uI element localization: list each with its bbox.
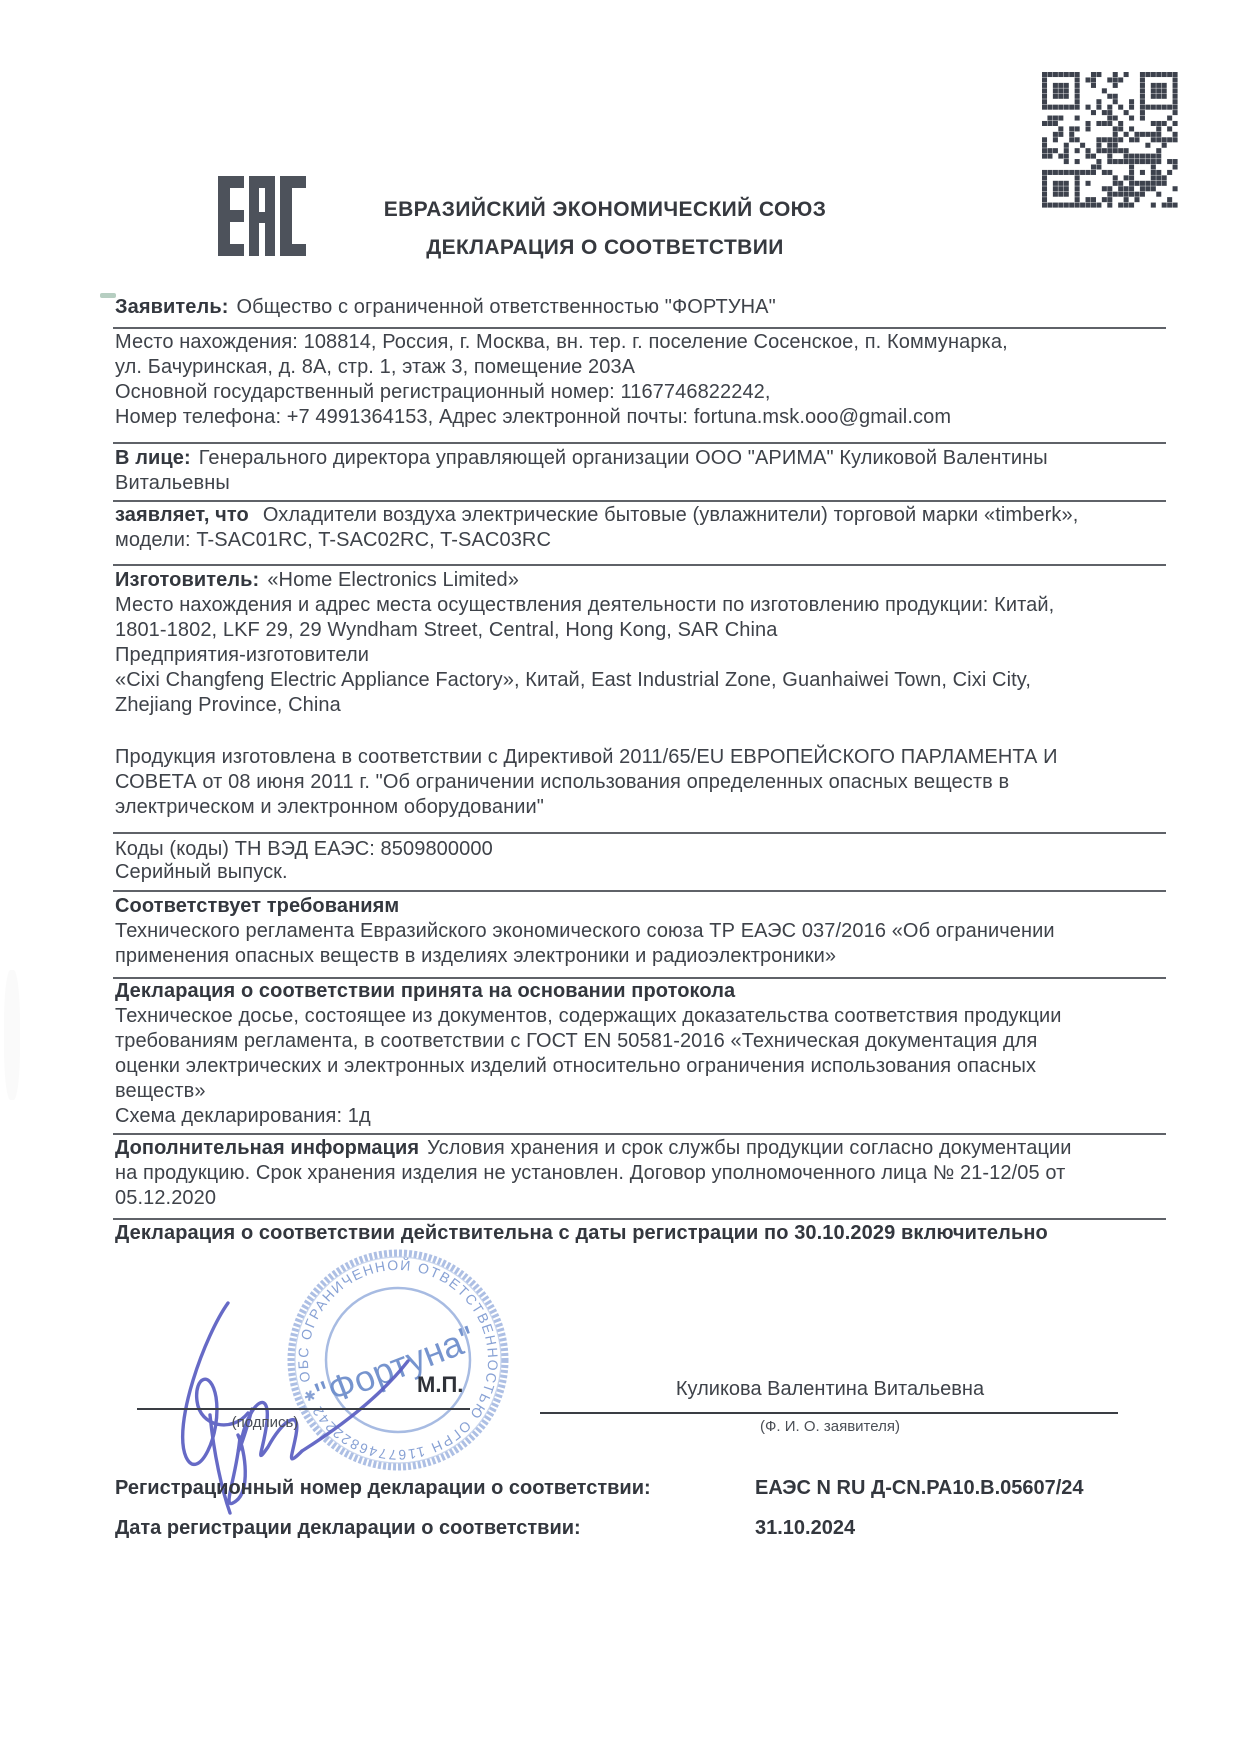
manufacturer-line: Место нахождения и адрес места осуществл… xyxy=(115,593,1054,618)
ogrn-line: Основной государственный регистрационный… xyxy=(115,380,1008,405)
registration-date-row: Дата регистрации декларации о соответств… xyxy=(115,1515,1175,1541)
additional-info-text: Условия хранения и срок службы продукции… xyxy=(427,1137,1071,1159)
directive-line: Продукция изготовлена в соответствии с Д… xyxy=(115,745,1058,770)
applicant-value: Общество с ограниченной ответственностью… xyxy=(237,296,776,318)
applicant-row: Заявитель:Общество с ограниченной ответс… xyxy=(115,295,776,320)
registration-number-label: Регистрационный номер декларации о соотв… xyxy=(115,1477,651,1499)
divider xyxy=(113,500,1166,502)
manufacturer-line: 1801-1802, LKF 29, 29 Wyndham Street, Ce… xyxy=(115,618,1054,643)
qr-code xyxy=(1042,72,1178,208)
divider xyxy=(113,564,1166,566)
stamp-place-label: М.П. xyxy=(417,1372,463,1398)
manufacturer-line: Предприятия-изготовители xyxy=(115,643,1054,668)
declarant-name: Куликова Валентина Витальевна xyxy=(630,1378,1030,1401)
fio-caption: (Ф. И. О. заявителя) xyxy=(660,1418,1000,1435)
divider xyxy=(113,327,1166,329)
signature-line xyxy=(137,1408,470,1410)
declaration-document: ЕВРАЗИЙСКИЙ ЭКОНОМИЧЕСКИЙ СОЮЗ ДЕКЛАРАЦИ… xyxy=(0,0,1240,1753)
document-title: ДЕКЛАРАЦИЯ О СООТВЕТСТВИИ xyxy=(80,236,1130,260)
registration-number-row: Регистрационный номер декларации о соотв… xyxy=(115,1475,1175,1501)
fio-line xyxy=(540,1412,1118,1414)
in-person-section: В лице:Генерального директора управляюще… xyxy=(115,446,1048,496)
scan-artifact xyxy=(4,970,20,1100)
basis-line: оценки электрических и электронных издел… xyxy=(115,1054,1062,1079)
registration-date-label: Дата регистрации декларации о соответств… xyxy=(115,1517,581,1539)
manufacturer-section: Изготовитель:«Home Electronics Limited» … xyxy=(115,568,1054,718)
additional-info-label: Дополнительная информация xyxy=(115,1137,419,1159)
divider xyxy=(113,1218,1166,1220)
declares-label: заявляет, что xyxy=(115,504,249,526)
in-person-text: Витальевны xyxy=(115,471,1048,496)
phone-email-line: Номер телефона: +7 4991364153, Адрес эле… xyxy=(115,405,1008,430)
basis-section: Декларация о соответствии принята на осн… xyxy=(115,979,1062,1129)
manufacturer-name: «Home Electronics Limited» xyxy=(267,569,519,591)
directive-line: электрическом и электронном оборудовании… xyxy=(115,795,1058,820)
divider xyxy=(113,442,1166,444)
declares-section: заявляет, чтоОхладители воздуха электрич… xyxy=(115,503,1078,553)
union-title: ЕВРАЗИЙСКИЙ ЭКОНОМИЧЕСКИЙ СОЮЗ xyxy=(80,198,1130,222)
scan-artifact xyxy=(100,293,116,298)
production-section: Продукция изготовлена в соответствии с Д… xyxy=(115,745,1058,820)
in-person-text: Генерального директора управляющей орган… xyxy=(199,447,1048,469)
registration-date-value: 31.10.2024 xyxy=(755,1515,855,1541)
applicant-details: Место нахождения: 108814, Россия, г. Мос… xyxy=(115,330,1008,430)
divider xyxy=(113,832,1166,834)
models-text: модели: T-SAC01RC, T-SAC02RC, T-SAC03RC xyxy=(115,528,1078,553)
requirements-heading: Соответствует требованиям xyxy=(115,894,1055,919)
address-line: ул. Бачуринская, д. 8А, стр. 1, этаж 3, … xyxy=(115,355,1008,380)
signature-caption: (подпись) xyxy=(200,1414,330,1431)
registration-number-value: ЕАЭС N RU Д-CN.РА10.В.05607/24 xyxy=(755,1475,1084,1501)
product-text: Охладители воздуха электрические бытовые… xyxy=(263,504,1079,526)
manufacturer-line: Zhejiang Province, China xyxy=(115,693,1054,718)
basis-line: Техническое досье, состоящее из документ… xyxy=(115,1004,1062,1029)
serial-release: Серийный выпуск. xyxy=(115,861,493,884)
requirements-section: Соответствует требованиям Технического р… xyxy=(115,894,1055,969)
additional-info-section: Дополнительная информацияУсловия хранени… xyxy=(115,1136,1072,1211)
additional-info-text: на продукцию. Срок хранения изделия не у… xyxy=(115,1161,1072,1186)
manufacturer-line: «Cixi Changfeng Electric Appliance Facto… xyxy=(115,668,1054,693)
requirements-line: Технического регламента Евразийского эко… xyxy=(115,919,1055,944)
divider xyxy=(113,1133,1166,1135)
requirements-line: применения опасных веществ в изделиях эл… xyxy=(115,944,1055,969)
applicant-label: Заявитель: xyxy=(115,296,229,318)
additional-info-text: 05.12.2020 xyxy=(115,1186,1072,1211)
basis-line: требованиям регламента, в соответствии с… xyxy=(115,1029,1062,1054)
validity-statement: Декларация о соответствии действительна … xyxy=(115,1221,1048,1246)
declaration-scheme: Схема декларирования: 1д xyxy=(115,1104,1062,1129)
divider xyxy=(113,890,1166,892)
basis-line: веществ» xyxy=(115,1079,1062,1104)
codes-section: Коды (коды) ТН ВЭД ЕАЭС: 8509800000 Сери… xyxy=(115,838,493,884)
address-line: Место нахождения: 108814, Россия, г. Мос… xyxy=(115,330,1008,355)
basis-heading: Декларация о соответствии принята на осн… xyxy=(115,979,1062,1004)
in-person-label: В лице: xyxy=(115,447,191,469)
directive-line: СОВЕТА от 08 июня 2011 г. "Об ограничени… xyxy=(115,770,1058,795)
tnved-code: Коды (коды) ТН ВЭД ЕАЭС: 8509800000 xyxy=(115,838,493,861)
manufacturer-label: Изготовитель: xyxy=(115,569,259,591)
